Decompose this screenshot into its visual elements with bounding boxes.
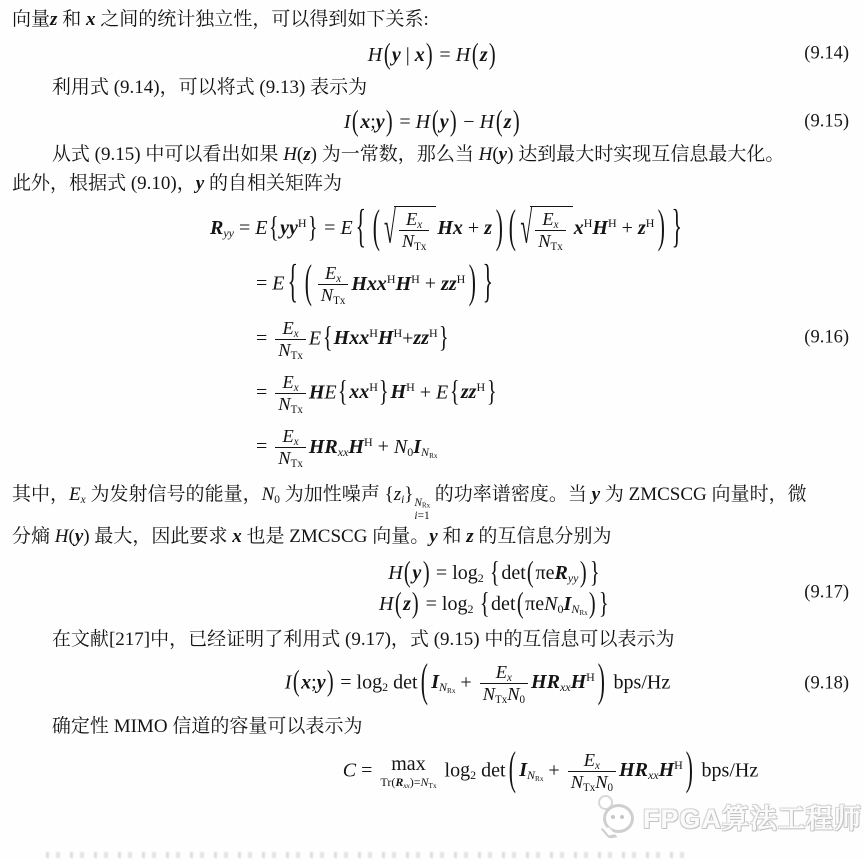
equation-9-15-formula: I(x;y) = H(y) − H(z) bbox=[344, 111, 521, 134]
watermark: FPGA算法工程师 bbox=[598, 796, 862, 836]
equation-9-16-line3: = ExNTxE{HxxHHH+zzH} bbox=[256, 318, 865, 361]
paragraph-from-915-line1: 从式 (9.15) 中可以看出如果 H(z) 为一常数，那么当 H(y) 达到最… bbox=[12, 141, 851, 170]
cropped-next-line bbox=[46, 852, 686, 858]
equation-9-17: H(y) = log2 {det(πeRyy)} H(z) = log2 {de… bbox=[0, 560, 865, 626]
watermark-left-eye bbox=[611, 815, 615, 819]
equation-9-15-number: (9.15) bbox=[804, 111, 849, 132]
equation-9-18: I(x;y) = log2 det(INRx + ExNTxN0HRxxHH) … bbox=[0, 654, 865, 713]
wechat-watermark-icon bbox=[598, 796, 638, 836]
equation-9-16-number: (9.16) bbox=[804, 327, 849, 348]
paragraph-capacity: 确定性 MIMO 信道的容量可以表示为 bbox=[12, 713, 851, 742]
equation-9-16-line2: = E{(ExNTxHxxHHH + zzH)} bbox=[256, 263, 865, 306]
equation-9-17-number: (9.17) bbox=[804, 582, 849, 603]
watermark-label: FPGA算法工程师 bbox=[643, 797, 862, 836]
equation-9-14-number: (9.14) bbox=[804, 44, 849, 65]
paragraph-use-914: 利用式 (9.14)，可以将式 (9.13) 表示为 bbox=[12, 74, 851, 103]
equation-capacity: C = maxTr(Rxx)=NTx log2 det(INRx + ExNTx… bbox=[0, 742, 865, 797]
equation-9-14: H(y | x) = H(z) (9.14) bbox=[0, 35, 865, 74]
equation-9-16: Ryy = E{yyH} = E{(√ExNTxHx + z)(√ExNTxxH… bbox=[0, 206, 865, 470]
watermark-right-eye bbox=[620, 815, 624, 819]
paragraph-where-line2: 分熵 H(y) 最大，因此要求 x 也是 ZMCSCG 向量。y 和 z 的互信… bbox=[12, 523, 851, 552]
equation-9-18-formula: I(x;y) = log2 det(INRx + ExNTxN0HRxxHH) … bbox=[285, 662, 670, 705]
paragraph-ref-217: 在文献[217]中，已经证明了利用式 (9.17)，式 (9.15) 中的互信息… bbox=[12, 626, 851, 655]
equation-9-15: I(x;y) = H(y) − H(z) (9.15) bbox=[0, 102, 865, 141]
equation-9-18-number: (9.18) bbox=[804, 673, 849, 694]
equation-9-17-line2: H(z) = log2 {det(πeN0INRx)} bbox=[62, 593, 865, 616]
equation-9-17-line1: H(y) = log2 {det(πeRyy)} bbox=[62, 562, 865, 585]
equation-9-14-formula: H(y | x) = H(z) bbox=[368, 44, 498, 67]
equation-capacity-formula: C = maxTr(Rxx)=NTx log2 det(INRx + ExNTx… bbox=[343, 750, 758, 793]
paragraph-intro: 向量z 和 x 之间的统计独立性，可以得到如下关系: bbox=[12, 6, 851, 35]
document-page: 向量z 和 x 之间的统计独立性，可以得到如下关系: H(y | x) = H(… bbox=[0, 0, 865, 859]
paragraph-where: 其中，Ex 为发射信号的能量，N0 为加性噪声 {zi}NRxi=1 的功率谱密… bbox=[12, 481, 851, 523]
paragraph-from-915-line2: 此外，根据式 (9.10)，y 的自相关矩阵为 bbox=[12, 170, 851, 199]
equation-9-16-line1: Ryy = E{yyH} = E{(√ExNTxHx + z)(√ExNTxxH… bbox=[210, 206, 865, 252]
equation-9-16-line5: = ExNTxHRxxHH + N0INRx bbox=[256, 426, 865, 469]
equation-9-16-line4: = ExNTxHE{xxH}HH + E{zzH} bbox=[256, 372, 865, 415]
